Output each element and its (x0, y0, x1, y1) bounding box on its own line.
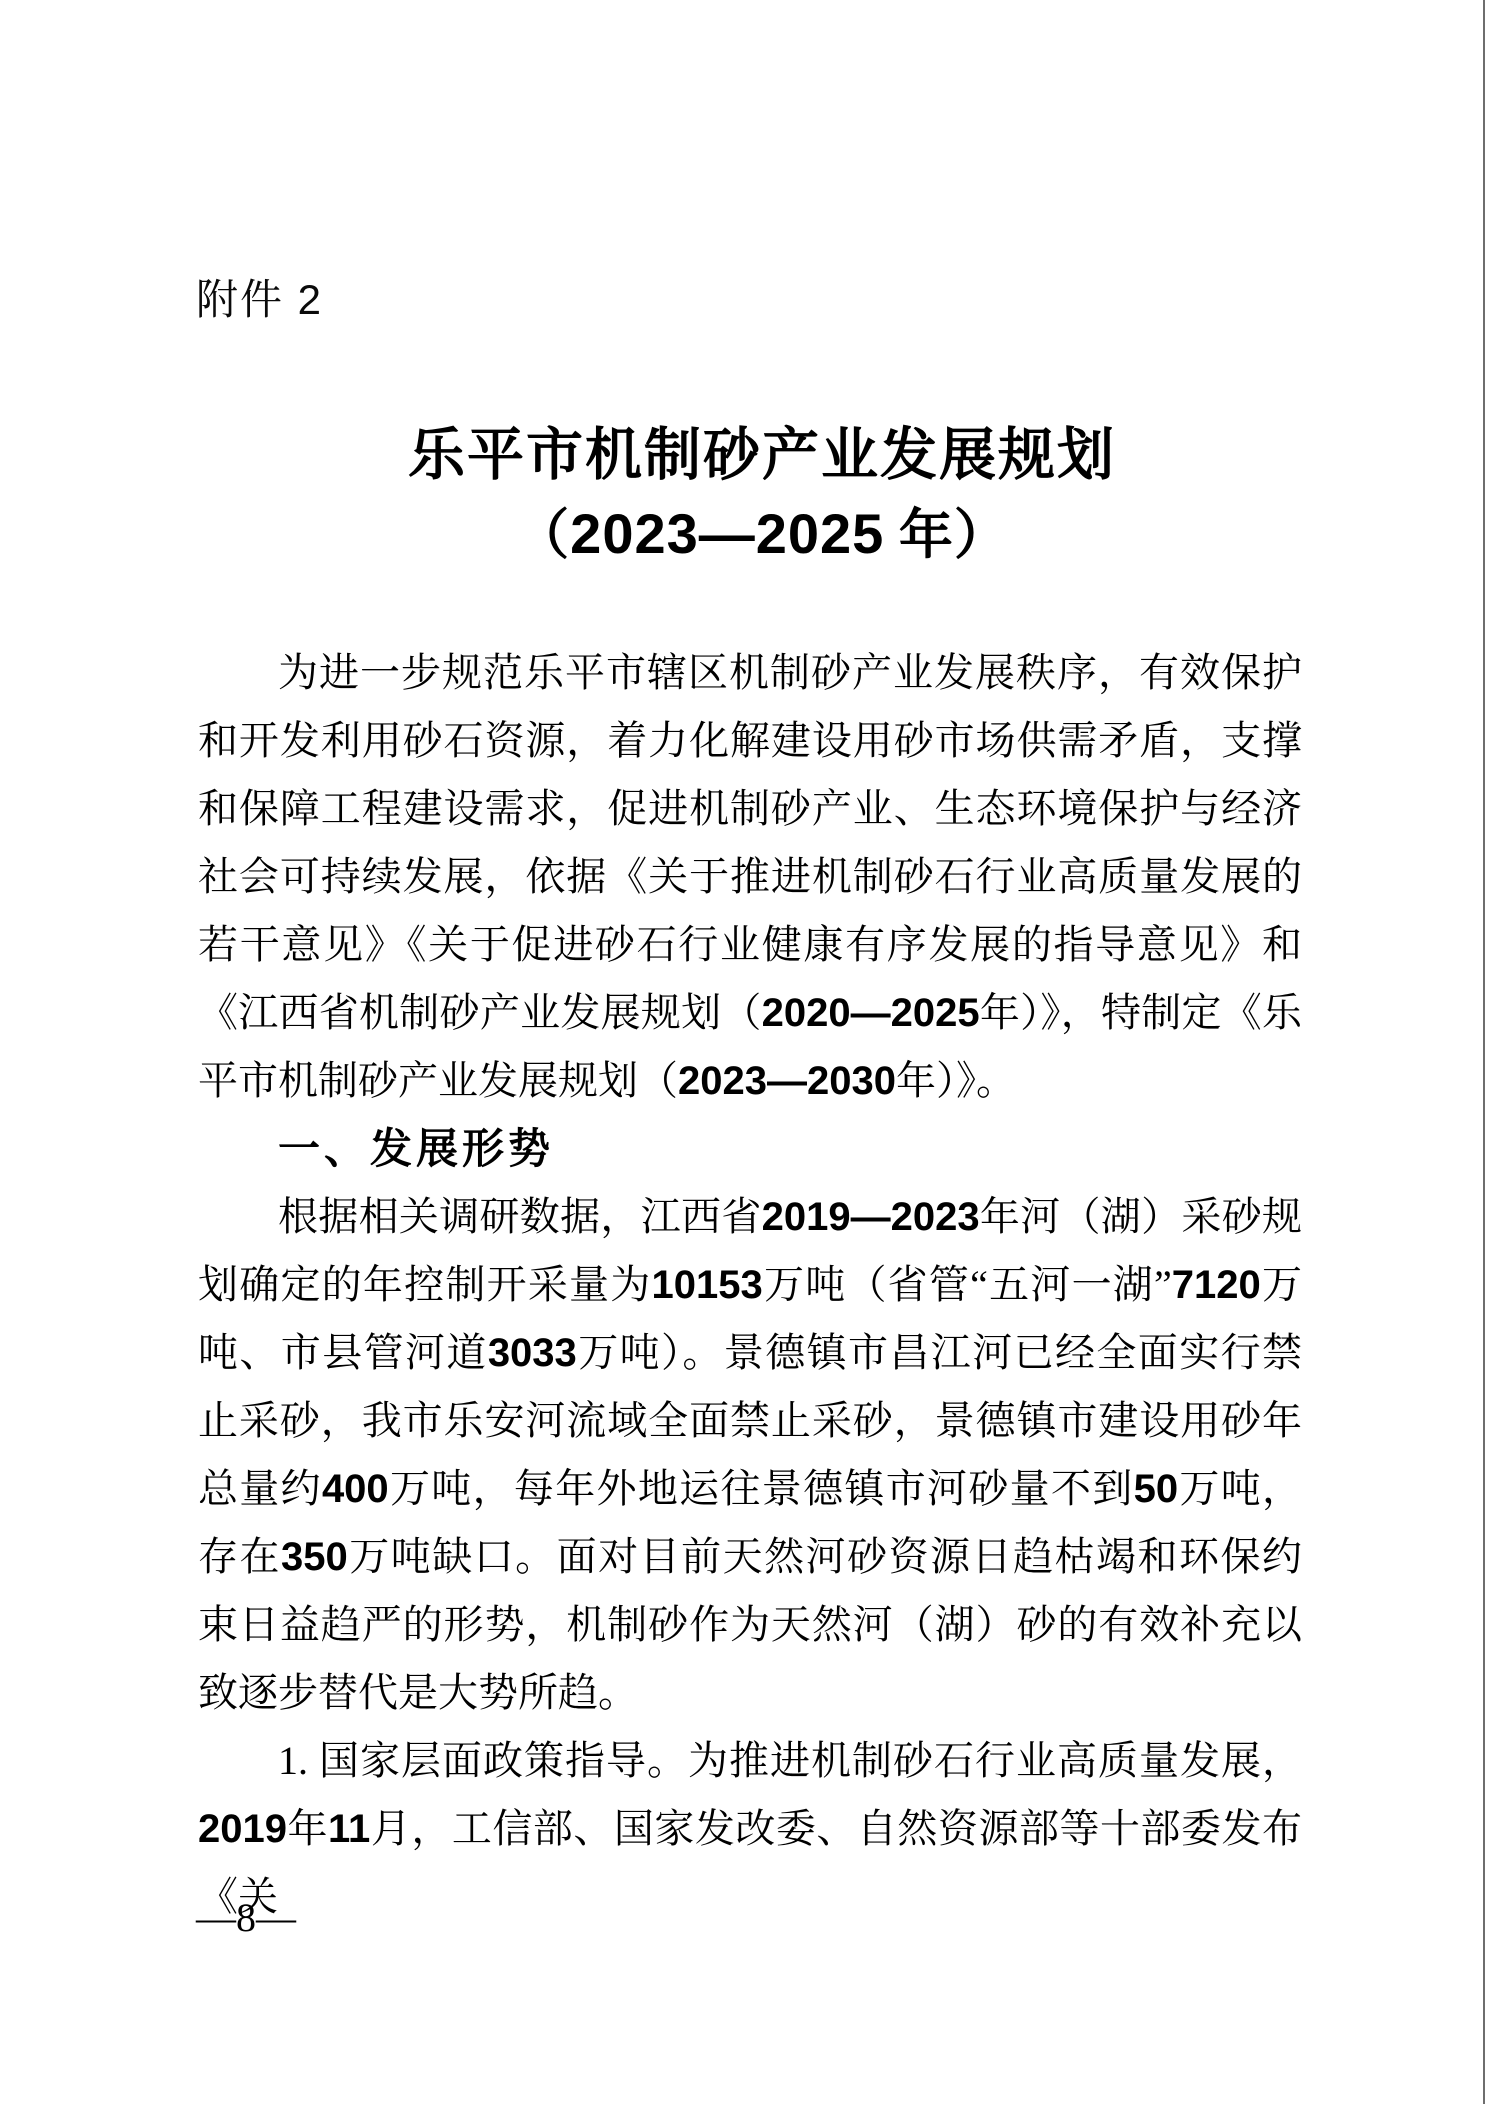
section-heading: 一、发展形势 (198, 1115, 1302, 1183)
numeric-run: 2019 (198, 1807, 287, 1851)
numeric-run: 2020—2025 (762, 991, 980, 1035)
body-paragraph: 为进一步规范乐平市辖区机制砂产业发展秩序，有效保护和开发利用砂石资源，着力化解建… (198, 639, 1302, 1115)
text-run: 年 (287, 1806, 328, 1851)
text-run: 万吨，每年外地运往景德镇市河砂量不到 (389, 1466, 1134, 1511)
numeric-run: 3033 (488, 1331, 577, 1375)
attachment-label: 附件 2 (196, 278, 323, 322)
numeric-run: 10153 (652, 1263, 763, 1307)
page-edge-line (1483, 0, 1485, 2104)
numeric-run: 2019—2023 (762, 1195, 980, 1239)
numeric-run: 400 (322, 1467, 389, 1511)
text-run: 年）》。 (896, 1058, 1016, 1103)
title-paren-close: 年） (884, 505, 1009, 565)
document-title-line2: （2023—2025 年） (18, 496, 1488, 573)
document-page: 附件 2 乐平市机制砂产业发展规划 （2023—2025 年） 为进一步规范乐平… (0, 0, 1488, 2104)
text-run: 为进一步规范乐平市辖区机制砂产业发展秩序，有效保护和开发利用砂石资源，着力化解建… (198, 650, 1302, 1035)
numeric-run: 50 (1134, 1467, 1179, 1511)
text-run: 万吨（省管“五河一湖” (763, 1262, 1172, 1307)
title-year-range: 2023—2025 (570, 502, 884, 565)
numeric-run: 11 (328, 1807, 370, 1851)
document-body: 为进一步规范乐平市辖区机制砂产业发展秩序，有效保护和开发利用砂石资源，着力化解建… (198, 639, 1302, 1931)
text-run: 万吨缺口。面对目前天然河砂资源日趋枯竭和环保约束日益趋严的形势，机制砂作为天然河… (198, 1534, 1302, 1715)
text-run: 一、发展形势 (278, 1125, 554, 1172)
numeric-run: 2023—2030 (678, 1059, 896, 1103)
text-run: 1. 国家层面政策指导。为推进机制砂石行业高质量发展， (278, 1738, 1302, 1783)
document-title: 乐平市机制砂产业发展规划 （2023—2025 年） (18, 416, 1488, 573)
numeric-run: 350 (281, 1535, 348, 1579)
numeric-run: 7120 (1172, 1263, 1261, 1307)
document-title-line1: 乐平市机制砂产业发展规划 (18, 416, 1488, 496)
body-paragraph: 1. 国家层面政策指导。为推进机制砂石行业高质量发展，2019年11月，工信部、… (198, 1727, 1302, 1931)
text-run: 根据相关调研数据，江西省 (278, 1194, 762, 1239)
page-number: —8— (196, 1896, 296, 1940)
title-paren-open: （ (515, 505, 570, 565)
body-paragraph: 根据相关调研数据，江西省2019—2023年河（湖）采砂规划确定的年控制开采量为… (198, 1183, 1302, 1727)
